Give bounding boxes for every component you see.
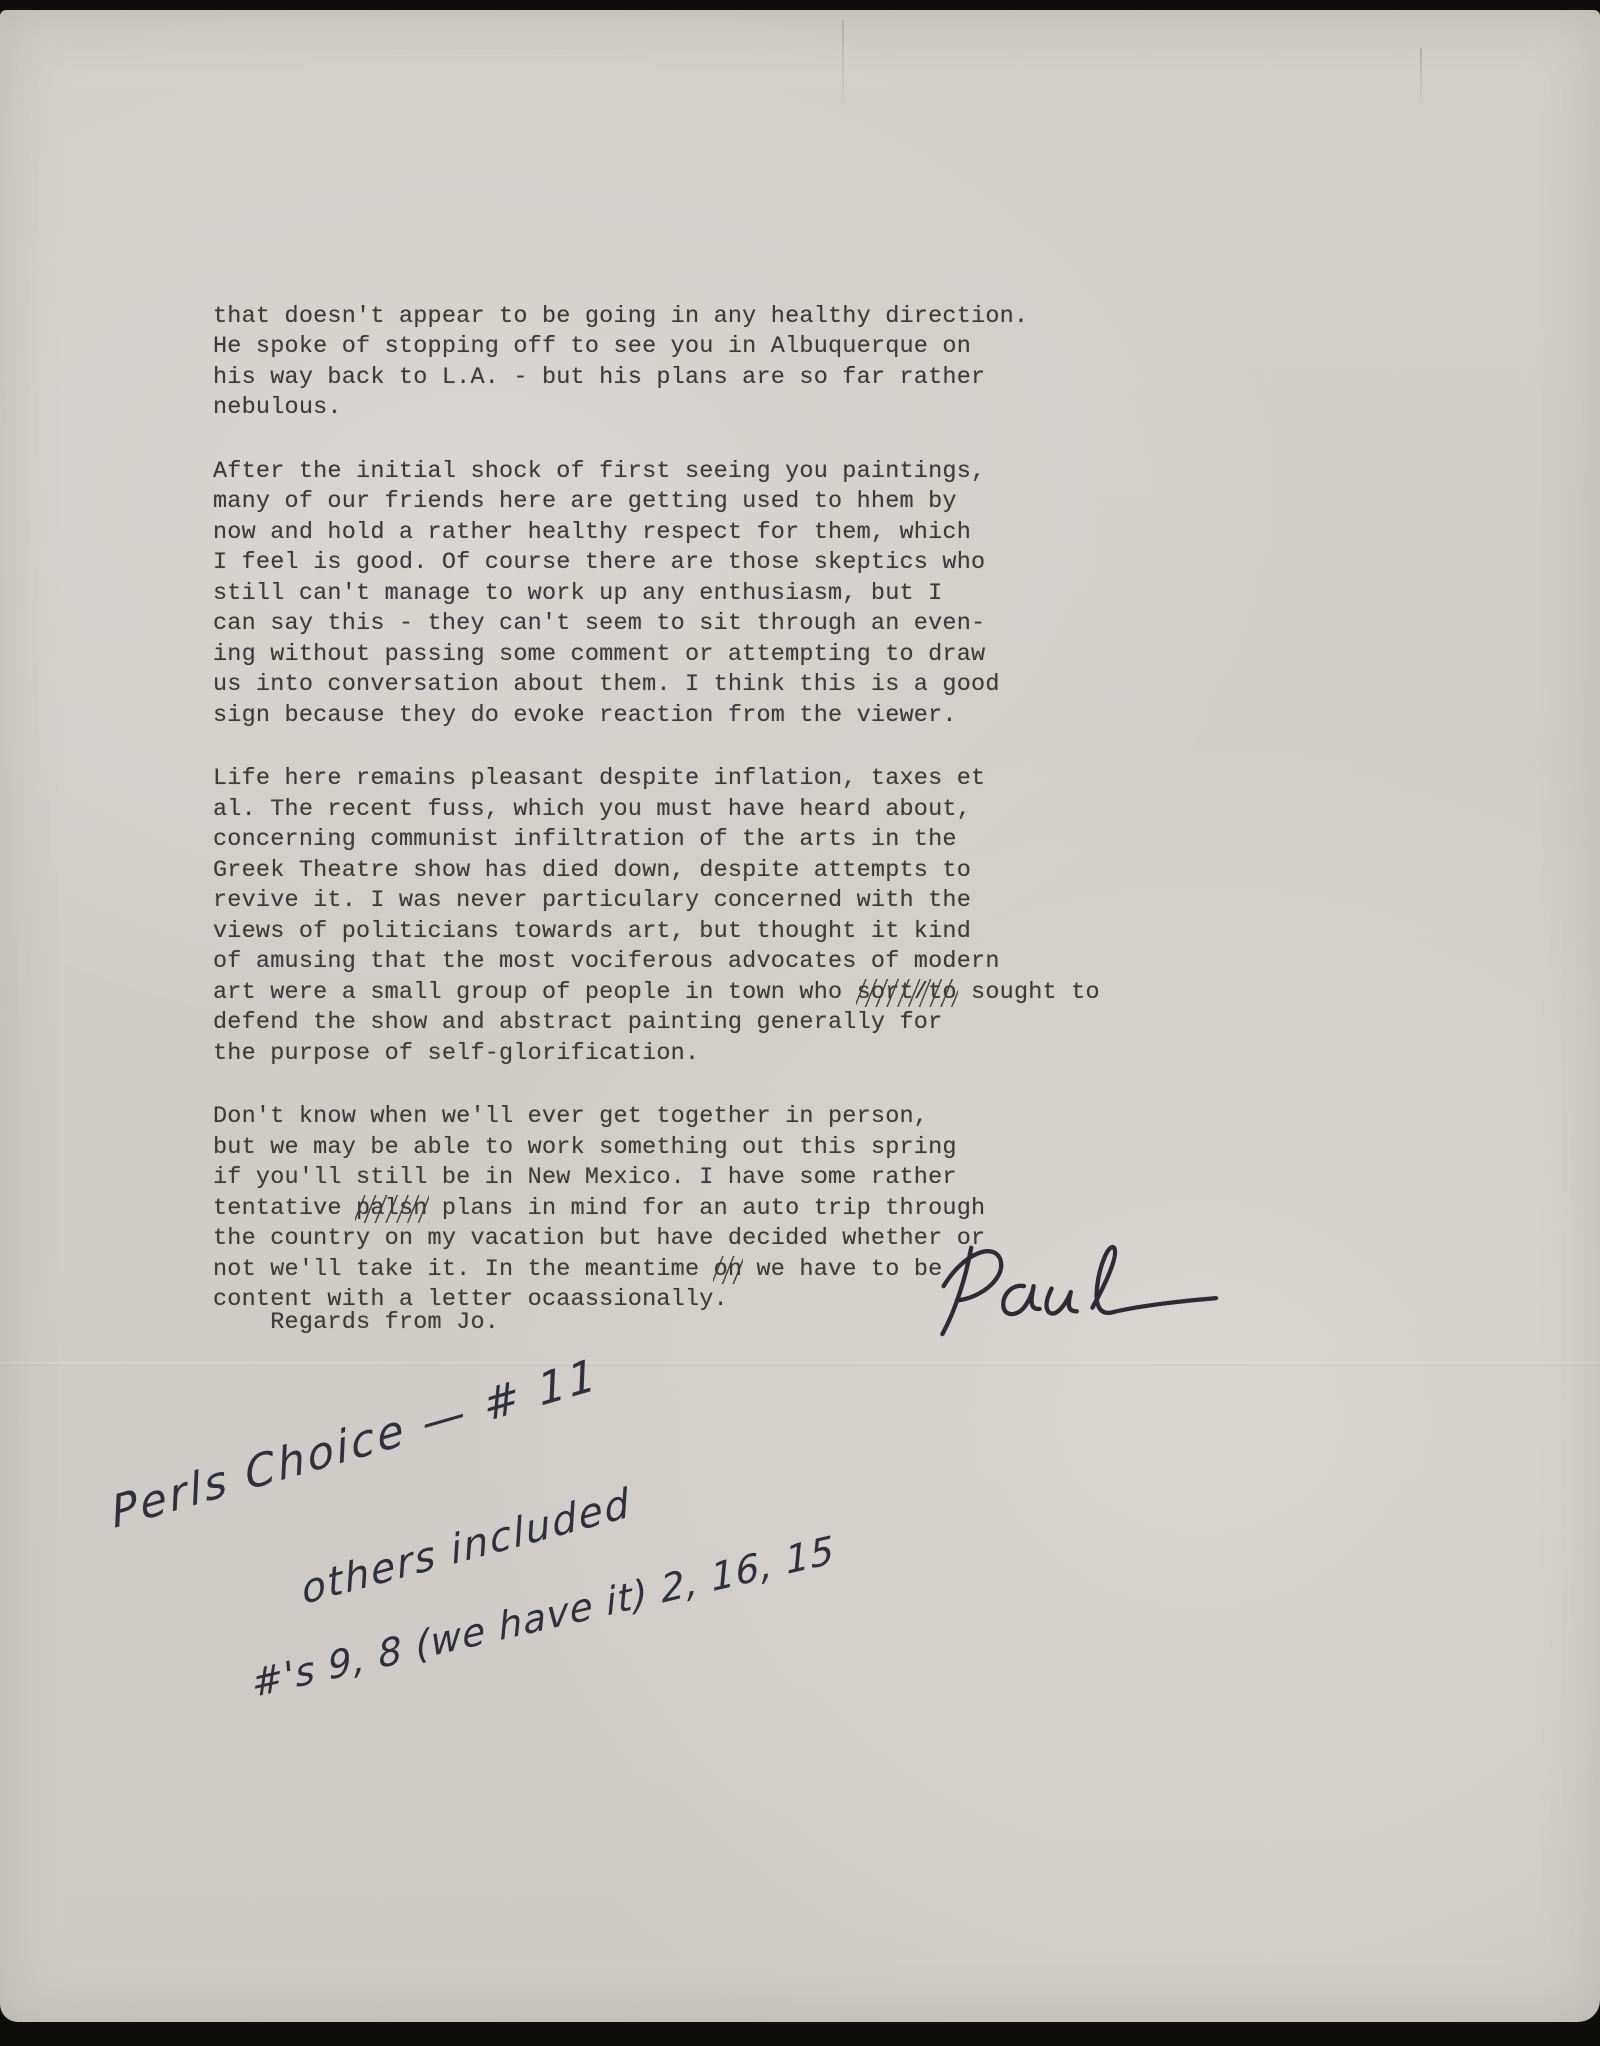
typed-text: Greek Theatre show has died down, despit… [213,857,971,884]
signature-paul [928,1228,1228,1343]
typed-text: the country on my vacation but have deci… [213,1225,985,1252]
letter-line: that doesn't appear to be going in any h… [213,302,1363,333]
typed-text: tentative [213,1195,356,1222]
letter-paragraph: that doesn't appear to be going in any h… [213,302,1363,424]
letter-line: if you'll still be in New Mexico. I have… [213,1163,1363,1194]
typed-text: the purpose of self-glorification. [213,1040,699,1067]
typed-text: if you'll still be in New Mexico. I have… [213,1164,957,1191]
overstruck-text: palsn [356,1194,428,1225]
typed-text: Life here remains pleasant despite infla… [213,765,985,792]
letter-line: concerning communist infiltration of the… [213,825,1363,856]
letter-line: of amusing that the most vociferous advo… [213,947,1363,978]
letter-line: revive it. I was never particulary conce… [213,886,1363,917]
typed-text: can say this - they can't seem to sit th… [213,610,985,637]
typed-text: us into conversation about them. I think… [213,671,1000,698]
signature-stroke [1003,1286,1039,1314]
scanned-letter: that doesn't appear to be going in any h… [0,0,1600,2046]
typed-text: defend the show and abstract painting ge… [213,1009,942,1036]
typed-text: sought to [957,979,1100,1006]
typed-text: art were a small group of people in town… [213,979,857,1006]
letter-line: al. The recent fuss, which you must have… [213,795,1363,826]
letter-line: Life here remains pleasant despite infla… [213,764,1363,795]
letter-line: many of our friends here are getting use… [213,487,1363,518]
typed-text: After the initial shock of first seeing … [213,458,985,485]
typed-text: I feel is good. Of course there are thos… [213,549,985,576]
typed-text: Don't know when we'll ever get together … [213,1103,928,1130]
typed-text: ing without passing some comment or atte… [213,641,985,668]
overstruck-text: sort/to [857,978,957,1009]
typed-text: that doesn't appear to be going in any h… [213,303,1028,330]
typed-text: revive it. I was never particulary conce… [213,887,971,914]
typed-text: nebulous. [213,394,342,421]
letter-line: us into conversation about them. I think… [213,670,1363,701]
letter-line: After the initial shock of first seeing … [213,457,1363,488]
signature-stroke [1092,1247,1216,1313]
fold-crease-top-right [1420,48,1422,108]
letter-line: sign because they do evoke reaction from… [213,701,1363,732]
fold-crease-top-center [842,20,844,112]
typed-text: concerning communist infiltration of the… [213,826,957,853]
typed-text: many of our friends here are getting use… [213,488,957,515]
typed-text: plans in mind for an auto trip through [428,1195,986,1222]
letter-body: that doesn't appear to be going in any h… [213,210,1363,1349]
typed-text: sign because they do evoke reaction from… [213,702,957,729]
letter-line: defend the show and abstract painting ge… [213,1008,1363,1039]
letter-line: tentative palsn plans in mind for an aut… [213,1194,1363,1225]
letter-line: now and hold a rather healthy respect fo… [213,518,1363,549]
closing-text: Regards from Jo. [270,1309,499,1336]
letter-line: Greek Theatre show has died down, despit… [213,856,1363,887]
letter-line: his way back to L.A. - but his plans are… [213,363,1363,394]
letter-line: views of politicians towards art, but th… [213,917,1363,948]
typed-text: now and hold a rather healthy respect fo… [213,519,971,546]
typed-text: al. The recent fuss, which you must have… [213,796,971,823]
letter-line: I feel is good. Of course there are thos… [213,548,1363,579]
letter-line: ing without passing some comment or atte… [213,640,1363,671]
typed-text: views of politicians towards art, but th… [213,918,971,945]
typed-text: still can't manage to work up any enthus… [213,580,942,607]
letter-paragraph: After the initial shock of first seeing … [213,457,1363,732]
typed-text: of amusing that the most vociferous advo… [213,948,1000,975]
letter-line: the purpose of self-glorification. [213,1039,1363,1070]
letter-line: He spoke of stopping off to see you in A… [213,332,1363,363]
signature-stroke [1047,1289,1077,1314]
typed-text: his way back to L.A. - but his plans are… [213,364,985,391]
typed-text: but we may be able to work something out… [213,1134,957,1161]
letter-line: can say this - they can't seem to sit th… [213,609,1363,640]
letter-line: art were a small group of people in town… [213,978,1363,1009]
typed-text: He spoke of stopping off to see you in A… [213,333,971,360]
letter-line: Don't know when we'll ever get together … [213,1102,1363,1133]
letter-line: nebulous. [213,393,1363,424]
letter-line: still can't manage to work up any enthus… [213,579,1363,610]
letter-paragraph: Life here remains pleasant despite infla… [213,764,1363,1069]
signature-stroke [944,1251,1002,1300]
letter-line: but we may be able to work something out… [213,1133,1363,1164]
